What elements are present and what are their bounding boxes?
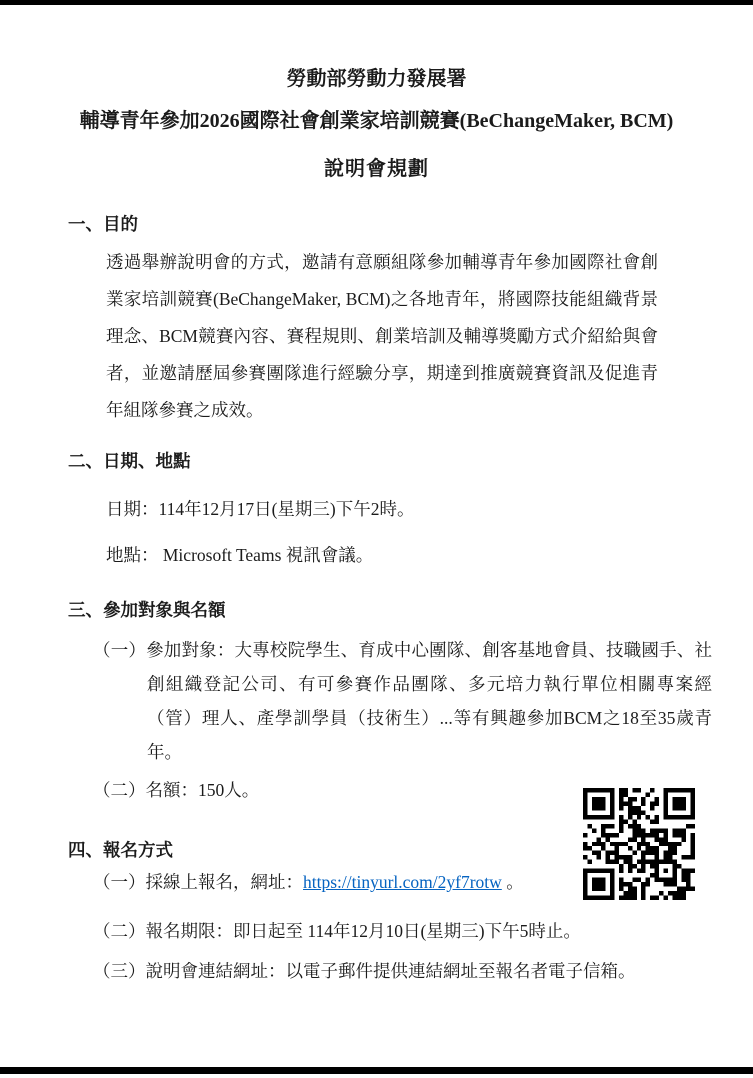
- document-title-org: 勞動部勞動力發展署: [0, 66, 753, 92]
- qr-code-image: [583, 788, 695, 900]
- item-text-after-link: 。: [502, 872, 524, 892]
- item-marker: （一）: [93, 640, 146, 660]
- registration-deadline-item: （二）報名期限：即日起至 114年12月10日(星期三)下午5時止。: [93, 918, 707, 944]
- item-marker: （三）: [93, 961, 146, 981]
- registration-link[interactable]: https://tinyurl.com/2yf7rotw: [303, 872, 502, 892]
- item-text: 名額：150人。: [146, 780, 260, 800]
- registration-qr-code: [583, 788, 695, 900]
- item-text: 參加對象：大專校院學生、育成中心團隊、創客基地會員、技職國手、社創組織登記公司、…: [146, 640, 712, 762]
- participants-item: （一）參加對象：大專校院學生、育成中心團隊、創客基地會員、技職國手、社創組織登記…: [93, 633, 712, 769]
- section-heading-date-place: 二、日期、地點: [68, 449, 191, 473]
- document-title-sub: 說明會規劃: [0, 156, 753, 182]
- item-text: 說明會連結網址：以電子郵件提供連結網址至報名者電子信箱。: [146, 961, 636, 981]
- item-text: 報名期限：即日起至 114年12月10日(星期三)下午5時止。: [146, 921, 581, 941]
- item-marker: （二）: [93, 921, 146, 941]
- document-title-main: 輔導青年參加2026國際社會創業家培訓競賽(BeChangeMaker, BCM…: [0, 108, 753, 134]
- scan-edge-top: [0, 0, 753, 5]
- item-marker: （二）: [93, 780, 146, 800]
- item-marker: （一）: [93, 872, 146, 892]
- section-heading-registration: 四、報名方式: [68, 838, 173, 862]
- document-page: 勞動部勞動力發展署 輔導青年參加2026國際社會創業家培訓競賽(BeChange…: [0, 0, 753, 1078]
- item-text-before-link: 採線上報名，網址：: [146, 872, 304, 892]
- purpose-paragraph: 透過舉辦說明會的方式，邀請有意願組隊參加輔導青年參加國際社會創業家培訓競賽(Be…: [106, 244, 658, 429]
- quota-item: （二）名額：150人。: [93, 773, 547, 807]
- date-line: 日期：114年12月17日(星期三)下午2時。: [106, 497, 415, 521]
- place-line: 地點： Microsoft Teams 視訊會議。: [106, 543, 373, 567]
- meeting-link-item: （三）說明會連結網址：以電子郵件提供連結網址至報名者電子信箱。: [93, 958, 753, 984]
- scan-edge-bottom: [0, 1067, 753, 1074]
- section-heading-purpose: 一、目的: [68, 212, 138, 236]
- registration-url-item: （一）採線上報名，網址：https://tinyurl.com/2yf7rotw…: [93, 869, 647, 895]
- section-heading-participants: 三、參加對象與名額: [68, 598, 226, 622]
